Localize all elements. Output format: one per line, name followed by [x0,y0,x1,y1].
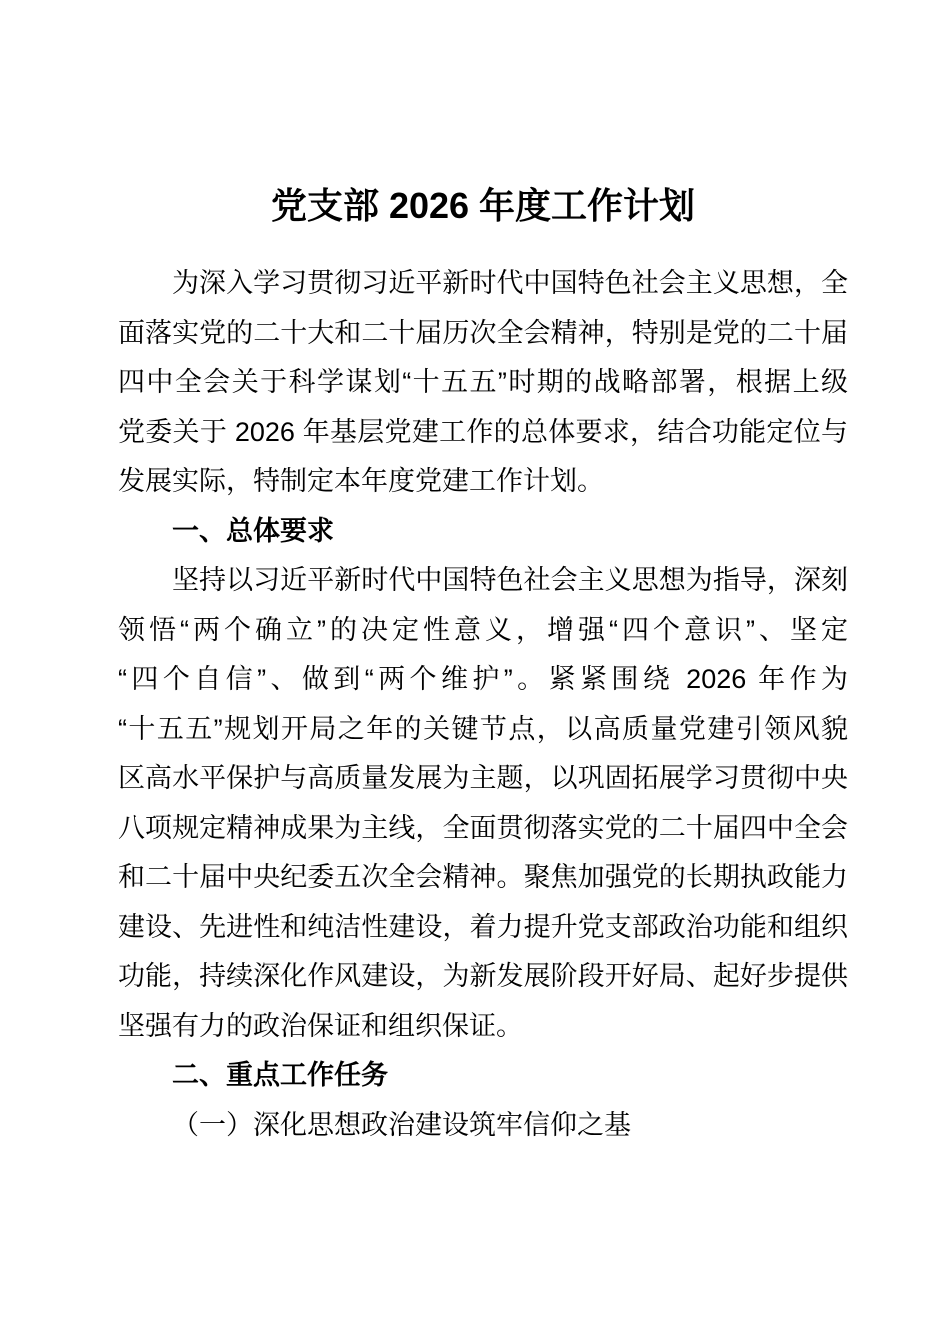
text-line: 区高水平保护与高质量发展为主题，以巩固拓展学习贯彻中央 [118,754,848,804]
section-heading-2: 二、重点工作任务 [118,1051,848,1101]
text-line: 建设、先进性和纯洁性建设，着力提升党支部政治功能和组织 [118,903,848,953]
text-line: “十五五”规划开局之年的关键节点，以高质量党建引领风貌 [118,705,848,755]
text-line: 面落实党的二十大和二十届历次全会精神，特别是党的二十届 [118,309,848,359]
overall-requirements-paragraph: 坚持以习近平新时代中国特色社会主义思想为指导，深刻 领悟“两个确立”的决定性意义… [118,556,848,1051]
text-line: 坚持以习近平新时代中国特色社会主义思想为指导，深刻 [118,556,848,606]
text-line: “四个自信”、做到“两个维护”。紧紧围绕 2026 年作为 [118,655,848,705]
intro-paragraph: 为深入学习贯彻习近平新时代中国特色社会主义思想，全 面落实党的二十大和二十届历次… [118,259,848,507]
text-line: 党委关于 2026 年基层党建工作的总体要求，结合功能定位与 [118,408,848,458]
text-line: 领悟“两个确立”的决定性意义，增强“四个意识”、坚定 [118,606,848,656]
text-line: 坚强有力的政治保证和组织保证。 [118,1002,848,1052]
document-body: 为深入学习贯彻习近平新时代中国特色社会主义思想，全 面落实党的二十大和二十届历次… [118,259,848,1150]
subsection-heading-2-1: （一）深化思想政治建设筑牢信仰之基 [118,1101,848,1151]
text-line: 功能，持续深化作风建设，为新发展阶段开好局、起好步提供 [118,952,848,1002]
text-line: 四中全会关于科学谋划“十五五”时期的战略部署，根据上级 [118,358,848,408]
text-line: 八项规定精神成果为主线，全面贯彻落实党的二十届四中全会 [118,804,848,854]
text-line: 发展实际，特制定本年度党建工作计划。 [118,457,848,507]
document-page: 党支部 2026 年度工作计划 为深入学习贯彻习近平新时代中国特色社会主义思想，… [0,0,950,1344]
section-heading-1: 一、总体要求 [118,507,848,557]
document-title: 党支部 2026 年度工作计划 [118,181,848,231]
text-line: 和二十届中央纪委五次全会精神。聚焦加强党的长期执政能力 [118,853,848,903]
text-line: 为深入学习贯彻习近平新时代中国特色社会主义思想，全 [118,259,848,309]
